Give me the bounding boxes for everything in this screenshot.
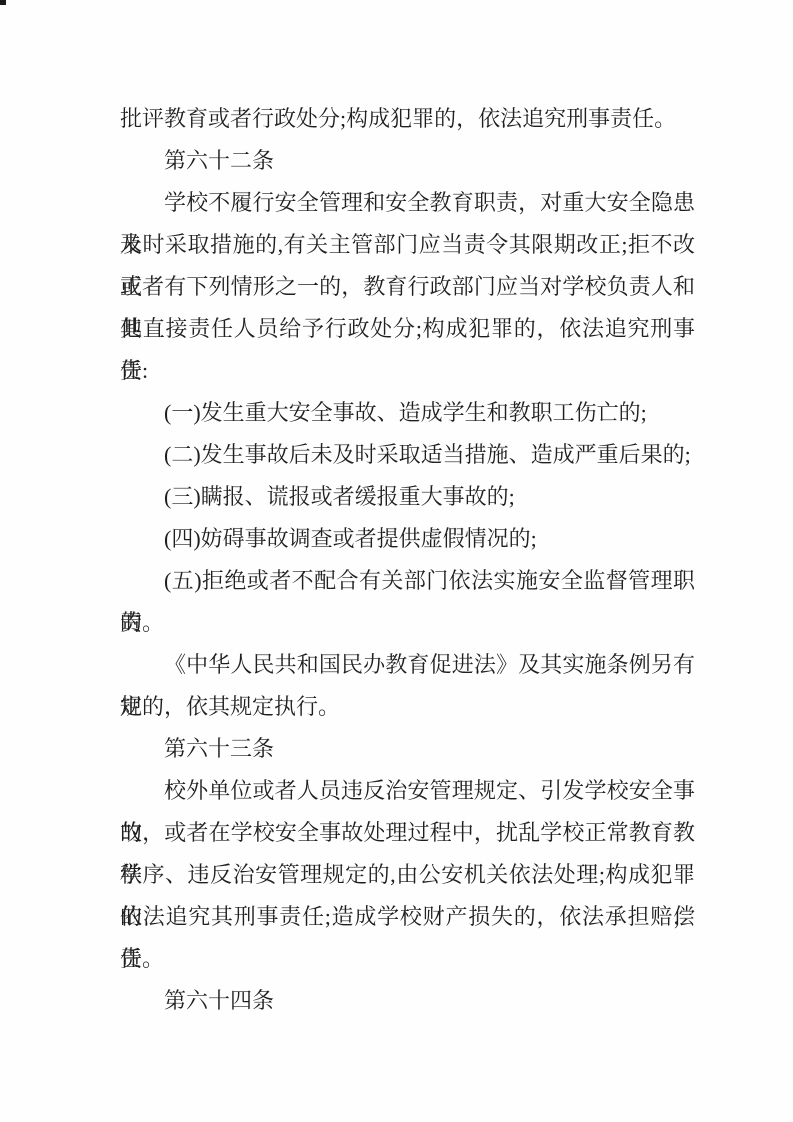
- text-line: 及时采取措施的,有关主管部门应当责令其限期改正;拒不改正: [120, 224, 695, 266]
- text-line: 他直接责任人员给予行政处分;构成犯罪的，依法追究刑事责: [120, 308, 695, 350]
- text-line: 依法追究其刑事责任;造成学校财产损失的，依法承担赔偿责: [120, 896, 695, 938]
- text-block: 批评教育或者行政处分;构成犯罪的，依法追究刑事责任。第六十二条学校不履行安全管理…: [120, 98, 695, 1022]
- text-line: 秩序、违反治安管理规定的,由公安机关依法处理;构成犯罪的，: [120, 854, 695, 896]
- text-line: 任。: [120, 938, 695, 980]
- text-line: (三)瞒报、谎报或者缓报重大事故的;: [120, 476, 695, 518]
- text-line: 的。: [120, 602, 695, 644]
- document-page: 批评教育或者行政处分;构成犯罪的，依法追究刑事责任。第六十二条学校不履行安全管理…: [0, 0, 793, 1122]
- text-line: 批评教育或者行政处分;构成犯罪的，依法追究刑事责任。: [120, 98, 695, 140]
- text-line: (二)发生事故后未及时采取适当措施、造成严重后果的;: [120, 434, 695, 476]
- text-line: 学校不履行安全管理和安全教育职责，对重大安全隐患未: [120, 182, 695, 224]
- text-line: 定的，依其规定执行。: [120, 686, 695, 728]
- text-line: 的，或者在学校安全事故处理过程中，扰乱学校正常教育教学: [120, 812, 695, 854]
- scan-artifact: [0, 0, 6, 5]
- text-line: 第六十二条: [120, 140, 695, 182]
- text-line: (一)发生重大安全事故、造成学生和教职工伤亡的;: [120, 392, 695, 434]
- text-line: (四)妨碍事故调查或者提供虚假情况的;: [120, 518, 695, 560]
- text-line: 任:: [120, 350, 695, 392]
- text-line: 第六十三条: [120, 728, 695, 770]
- text-line: 或者有下列情形之一的，教育行政部门应当对学校负责人和其: [120, 266, 695, 308]
- text-line: 第六十四条: [120, 980, 695, 1022]
- text-line: 《中华人民共和国民办教育促进法》及其实施条例另有规: [120, 644, 695, 686]
- text-line: 校外单位或者人员违反治安管理规定、引发学校安全事故: [120, 770, 695, 812]
- text-line: (五)拒绝或者不配合有关部门依法实施安全监督管理职责: [120, 560, 695, 602]
